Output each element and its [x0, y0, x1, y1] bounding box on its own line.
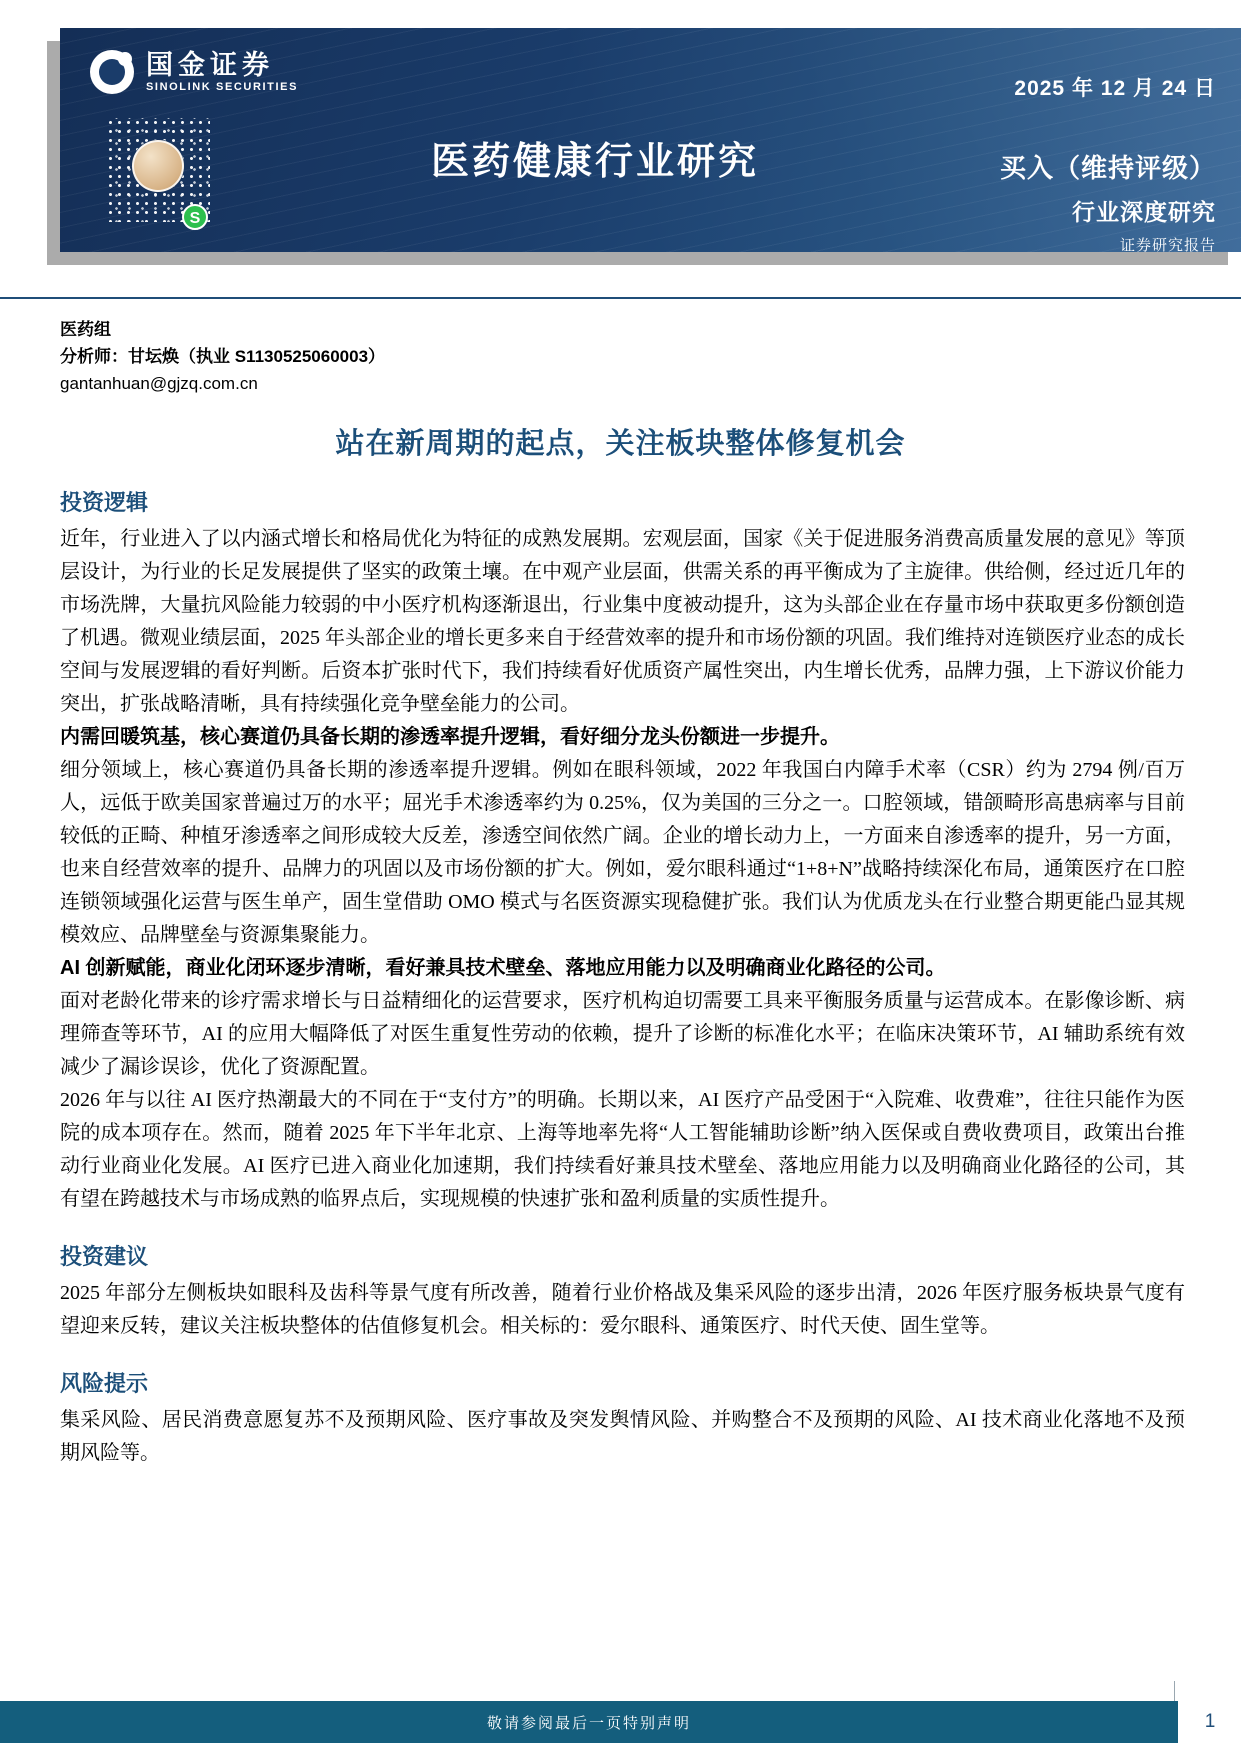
- paragraph: 集采风险、居民消费意愿复苏不及预期风险、医疗事故及突发舆情风险、并购整合不及预期…: [60, 1404, 1185, 1470]
- analyst-block: 医药组 分析师：甘坛焕（执业 S1130525060003） gantanhua…: [60, 316, 1181, 397]
- footer-disclaimer-bar: 敬请参阅最后一页特别声明: [0, 1701, 1178, 1743]
- brand-logo: 国金证券 SINOLINK SECURITIES: [90, 50, 298, 94]
- brand-text: 国金证券 SINOLINK SECURITIES: [146, 50, 298, 94]
- banner-right-column: 2025 年 12 月 24 日 买入（维持评级） 行业深度研究 证券研究报告: [1000, 28, 1216, 252]
- paragraph: 近年，行业进入了以内涵式增长和格局优化为特征的成熟发展期。宏观层面，国家《关于促…: [60, 523, 1185, 721]
- section-heading-investment-logic: 投资逻辑: [60, 486, 1181, 517]
- paragraph: 2026 年与以往 AI 医疗热潮最大的不同在于“支付方”的明确。长期以来，AI…: [60, 1084, 1185, 1216]
- page-number: 1: [1179, 1701, 1241, 1743]
- article-title: 站在新周期的起点，关注板块整体修复机会: [60, 421, 1181, 462]
- section-heading-investment-advice: 投资建议: [60, 1240, 1181, 1271]
- analyst-email[interactable]: gantanhuan@gjzq.com.cn: [60, 370, 1181, 397]
- paragraph-lead-bold: AI 创新赋能，商业化闭环逐步清晰，看好兼具技术壁垒、落地应用能力以及明确商业化…: [60, 952, 1185, 985]
- section-heading-risk-warning: 风险提示: [60, 1367, 1181, 1398]
- brand-name-cn: 国金证券: [146, 50, 298, 80]
- sinolink-logo-icon: [90, 50, 134, 94]
- report-tag-label: 证券研究报告: [1000, 234, 1216, 252]
- qr-code: S: [106, 118, 210, 236]
- paragraph: 细分领域上，核心赛道仍具备长期的渗透率提升逻辑。例如在眼科领域，2022 年我国…: [60, 754, 1185, 952]
- report-type-label: 行业深度研究: [1000, 194, 1216, 227]
- paragraph: 面对老龄化带来的诊疗需求增长与日益精细化的运营要求，医疗机构迫切需要工具来平衡服…: [60, 985, 1185, 1084]
- rating-label: 买入（维持评级）: [1000, 148, 1216, 185]
- qr-center-badge: [132, 140, 184, 192]
- brand-name-en: SINOLINK SECURITIES: [146, 80, 298, 94]
- article-body: 站在新周期的起点，关注板块整体修复机会 投资逻辑 近年，行业进入了以内涵式增长和…: [0, 421, 1241, 1470]
- report-banner: 国金证券 SINOLINK SECURITIES S 医药健康行业研究 2025…: [60, 28, 1241, 252]
- paragraph-lead-bold: 内需回暖筑基，核心赛道仍具备长期的渗透率提升逻辑，看好细分龙头份额进一步提升。: [60, 721, 1185, 754]
- wechat-icon: S: [182, 204, 208, 230]
- header-divider: [0, 297, 1241, 299]
- report-page: 国金证券 SINOLINK SECURITIES S 医药健康行业研究 2025…: [0, 0, 1241, 1754]
- footer-disclaimer-text: 敬请参阅最后一页特别声明: [487, 1712, 691, 1733]
- paragraph: 2025 年部分左侧板块如眼科及齿科等景气度有所改善，随着行业价格战及集采风险的…: [60, 1277, 1185, 1343]
- report-date: 2025 年 12 月 24 日: [1000, 72, 1216, 102]
- analyst-line: 分析师：甘坛焕（执业 S1130525060003）: [60, 343, 1181, 370]
- footer-separator-line: [1174, 1681, 1175, 1701]
- analyst-group: 医药组: [60, 316, 1181, 343]
- report-title: 医药健康行业研究: [431, 130, 759, 185]
